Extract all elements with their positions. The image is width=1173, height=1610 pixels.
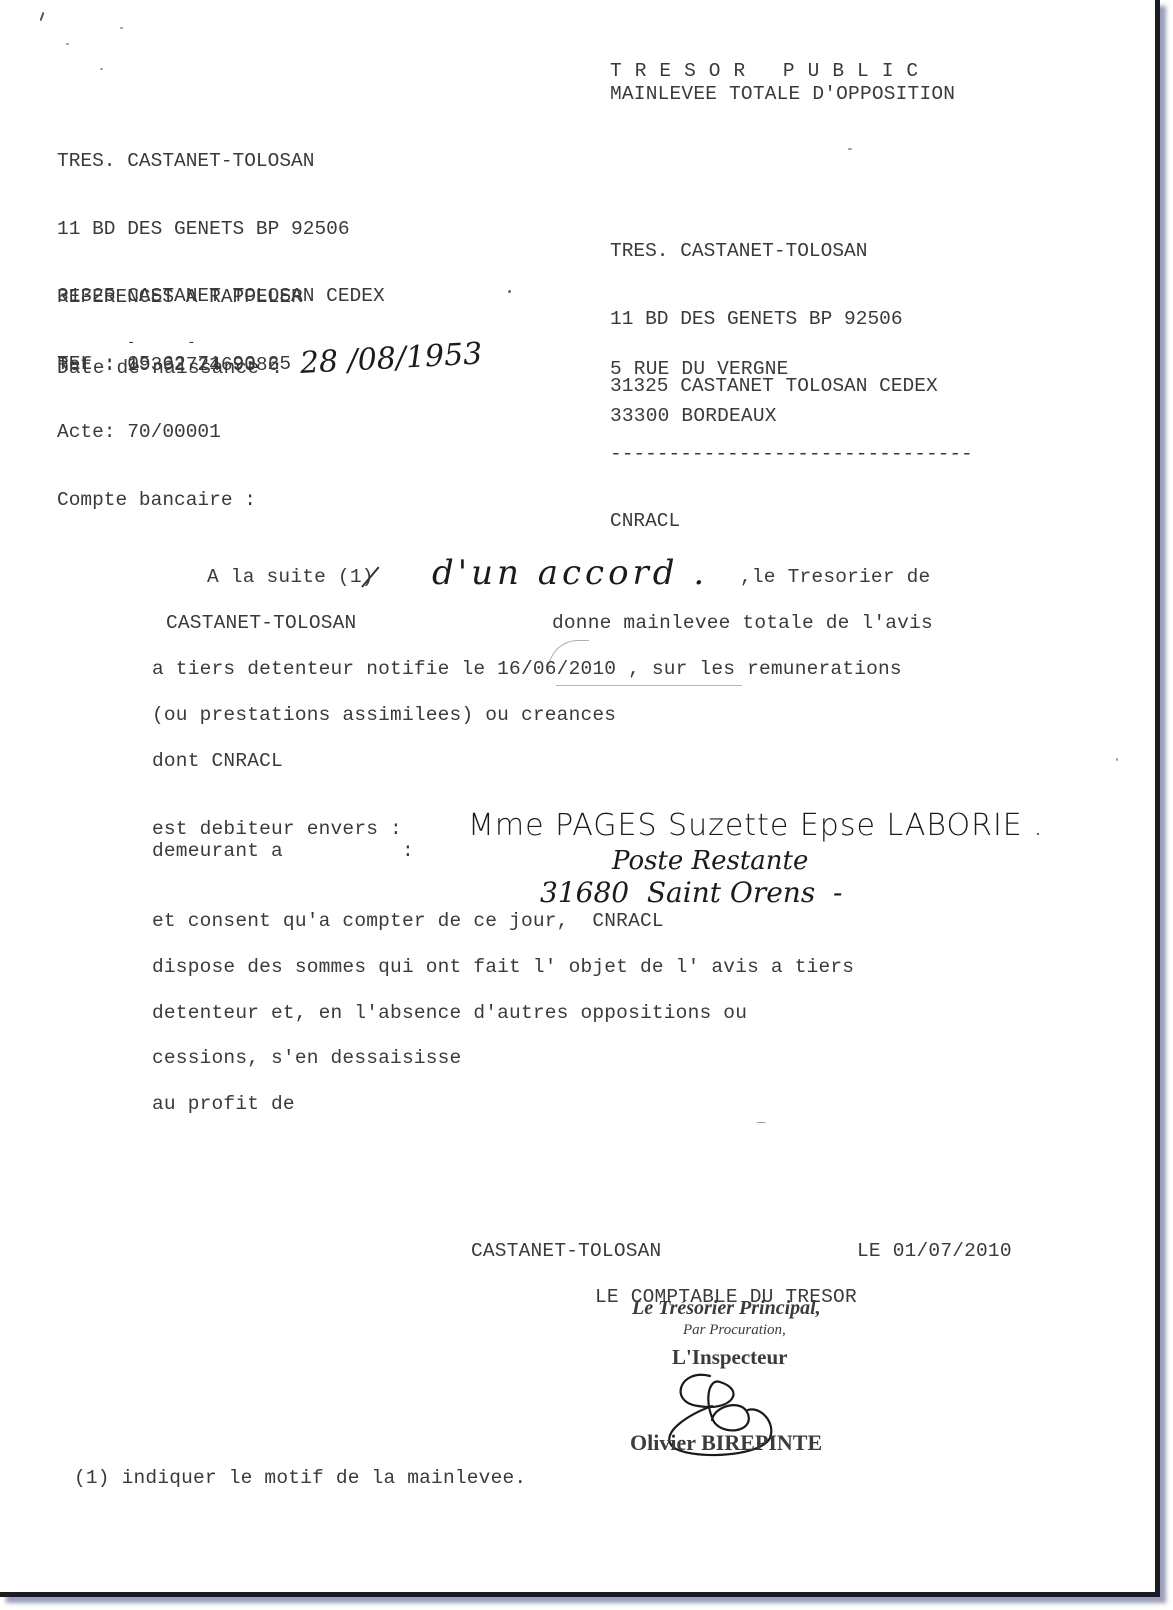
references-block: REFERENCES A RAPPELER Ref : 193927246938… — [57, 241, 303, 556]
scan-speck — [508, 290, 511, 293]
recipient-city: 33300 BORDEAUX — [610, 405, 777, 428]
footnote: (1) indiquer le motif de la mainlevee. — [74, 1467, 526, 1490]
body-line-2-left: CASTANET-TOLOSAN — [166, 612, 356, 635]
document-title: TRESOR PUBLIC — [610, 60, 931, 83]
body-line-5: dont CNRACL — [152, 750, 283, 773]
scan-speck — [756, 1122, 766, 1123]
closing-date: LE 01/07/2010 — [857, 1240, 1012, 1263]
stamp-procuration: Par Procuration, — [683, 1322, 786, 1339]
body-line-6: et consent qu'a compter de ce jour, CNRA… — [152, 910, 664, 933]
pencil-underline — [556, 685, 742, 686]
sender-line: TRES. CASTANET-TOLOSAN — [57, 150, 385, 173]
address-separator: ------------------------------- — [610, 443, 973, 466]
scan-speck — [100, 68, 103, 70]
body-line-4: (ou prestations assimilees) ou creances — [152, 704, 616, 727]
debtor-address-handwritten-2: 31680 Saint Orens - — [540, 876, 842, 909]
bank-account-label: Compte bancaire : — [57, 489, 303, 512]
issuer-line: TRES. CASTANET-TOLOSAN — [610, 240, 973, 263]
body-line-7: dispose des sommes qui ont fait l' objet… — [152, 956, 854, 979]
references-heading: REFERENCES A RAPPELER — [57, 286, 303, 309]
recipient-name: CNRACL — [610, 510, 973, 533]
stamp-signer-name: Olivier BIREPINTE — [630, 1430, 822, 1456]
bank-account-value: - - — [127, 332, 196, 355]
body-line-3: a tiers detenteur notifie le 16/06/2010 … — [152, 658, 902, 681]
acte-number: Acte: 70/00001 — [57, 421, 303, 444]
scan-speck — [40, 12, 45, 21]
stamp-treasurer: Le Trésorier Principal, — [632, 1297, 821, 1320]
body-line-1-suffix: ,le Tresorier de — [740, 566, 930, 589]
scan-speck — [66, 43, 69, 45]
issuer-line: 11 BD DES GENETS BP 92506 — [610, 308, 973, 331]
debtor-name-handwritten: Mme PAGES Suzette Epse LABORIE . — [468, 808, 1044, 843]
scanned-document-page: TRESOR PUBLIC MAINLEVEE TOTALE D'OPPOSIT… — [0, 0, 1160, 1597]
scan-speck — [848, 148, 852, 150]
closing-place: CASTANET-TOLOSAN — [471, 1240, 661, 1263]
recipient-address: TRES. CASTANET-TOLOSAN 11 BD DES GENETS … — [610, 195, 973, 578]
body-line-10: au profit de — [152, 1093, 295, 1116]
body-line-1-prefix: A la suite (1) — [207, 566, 374, 589]
recipient-street: 5 RUE DU VERGNE — [610, 358, 789, 381]
scan-speck — [1116, 758, 1118, 761]
sender-line: 11 BD DES GENETS BP 92506 — [57, 218, 385, 241]
motif-handwritten: d'un accord . — [432, 553, 708, 593]
body-line-2-right: donne mainlevee totale de l'avis — [552, 612, 933, 635]
scan-speck — [120, 27, 123, 29]
birth-date-label: Date de naissance : — [57, 357, 283, 380]
debtor-address-handwritten-1: Poste Restante — [612, 846, 808, 876]
debtor-label: est debiteur envers : — [152, 818, 402, 841]
residence-label: demeurant a : — [152, 840, 414, 863]
body-line-8: detenteur et, en l'absence d'autres oppo… — [152, 1002, 747, 1025]
document-subtitle: MAINLEVEE TOTALE D'OPPOSITION — [610, 83, 955, 106]
body-line-9: cessions, s'en dessaisisse — [152, 1047, 461, 1070]
